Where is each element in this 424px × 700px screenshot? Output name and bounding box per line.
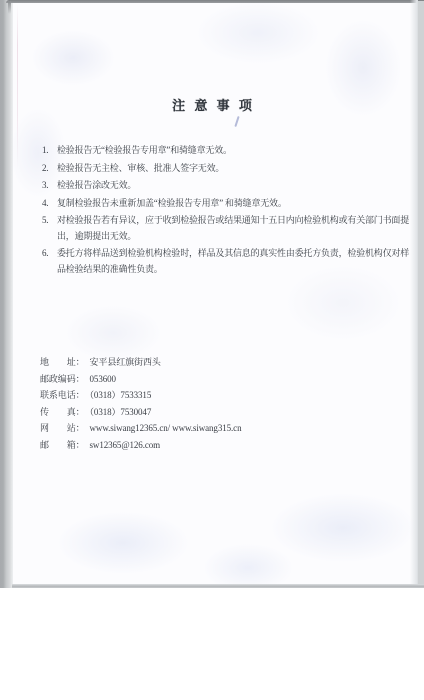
item-number: 3.	[42, 178, 57, 194]
contact-value: www.siwang12365.cn/ www.siwang315.cn	[85, 423, 242, 433]
item-text: 检验报告无“检验报告专用章”和骑缝章无效。	[57, 143, 232, 159]
item-text: 品检验结果的准确性负责。	[57, 262, 409, 278]
paper-stains	[13, 3, 418, 584]
scan-bottom-edge	[12, 584, 424, 588]
page-title: 注 意 事 项	[0, 95, 424, 114]
contact-row-website: 网 站：www.siwang12365.cn/ www.siwang315.cn	[40, 420, 241, 437]
item-text: 委托方将样品送到检验机构检验时，样品及其信息的真实性由委托方负责，检验机构仅对样	[57, 246, 409, 262]
contact-row-address: 地 址：安平县红旗街西头	[40, 354, 241, 371]
notice-item-1: 1. 检验报告无“检验报告专用章”和骑缝章无效。	[42, 143, 409, 159]
contact-info-block: 地 址：安平县红旗街西头 邮政编码：053600 联系电话：（0318）7533…	[40, 354, 241, 453]
scan-top-edge	[6, 0, 424, 3]
scan-left-edge	[0, 0, 13, 588]
contact-label: 邮 箱：	[40, 440, 85, 450]
item-number: 5.	[42, 213, 57, 244]
scanned-document-image: 注 意 事 项 1. 检验报告无“检验报告专用章”和骑缝章无效。 2. 检验报告…	[0, 0, 424, 700]
contact-row-fax: 传 真：（0318）7530047	[40, 404, 241, 421]
item-text: 对检验报告若有异议，应于收到检验报告或结果通知十五日内向检验机构或有关部门书面提	[57, 213, 409, 229]
item-number: 4.	[42, 196, 57, 212]
contact-value: 053600	[85, 374, 116, 384]
stray-pen-mark	[234, 116, 239, 127]
item-text: 检验报告无主检、审核、批准人签字无效。	[57, 161, 224, 177]
paper-right-fold	[410, 0, 418, 588]
item-text: 出，逾期提出无效。	[57, 229, 409, 245]
item-number: 1.	[42, 143, 57, 159]
notice-item-3: 3. 检验报告涂改无效。	[42, 178, 409, 194]
notice-item-6: 6. 委托方将样品送到检验机构检验时，样品及其信息的真实性由委托方负责，检验机构…	[42, 246, 409, 277]
contact-label: 网 站：	[40, 423, 85, 433]
item-text: 复制检验报告未重新加盖“检验报告专用章” 和骑缝章无效。	[57, 196, 287, 212]
scan-top-left-corner	[8, 1, 11, 14]
notice-list: 1. 检验报告无“检验报告专用章”和骑缝章无效。 2. 检验报告无主检、审核、批…	[42, 143, 409, 279]
item-number: 6.	[42, 246, 57, 277]
scanned-page: 注 意 事 项 1. 检验报告无“检验报告专用章”和骑缝章无效。 2. 检验报告…	[0, 0, 424, 588]
contact-label: 地 址：	[40, 357, 85, 367]
notice-item-5: 5. 对检验报告若有异议，应于收到检验报告或结果通知十五日内向检验机构或有关部门…	[42, 213, 409, 244]
notice-item-2: 2. 检验报告无主检、审核、批准人签字无效。	[42, 161, 409, 177]
item-text: 检验报告涂改无效。	[57, 178, 136, 194]
contact-row-phone: 联系电话：（0318）7533315	[40, 387, 241, 404]
contact-value: 安平县红旗街西头	[85, 357, 161, 367]
contact-row-email: 邮 箱：sw12365@126.com	[40, 437, 241, 454]
contact-value: sw12365@126.com	[85, 440, 161, 450]
contact-value: （0318）7533315	[85, 390, 152, 400]
paper-crease-line	[17, 4, 18, 169]
item-number: 2.	[42, 161, 57, 177]
contact-label: 联系电话：	[40, 390, 85, 400]
contact-row-postcode: 邮政编码：053600	[40, 371, 241, 388]
contact-label: 邮政编码：	[40, 374, 85, 384]
notice-item-4: 4. 复制检验报告未重新加盖“检验报告专用章” 和骑缝章无效。	[42, 196, 409, 212]
contact-value: （0318）7530047	[85, 407, 152, 417]
contact-label: 传 真：	[40, 407, 85, 417]
scan-right-edge	[418, 1, 424, 588]
